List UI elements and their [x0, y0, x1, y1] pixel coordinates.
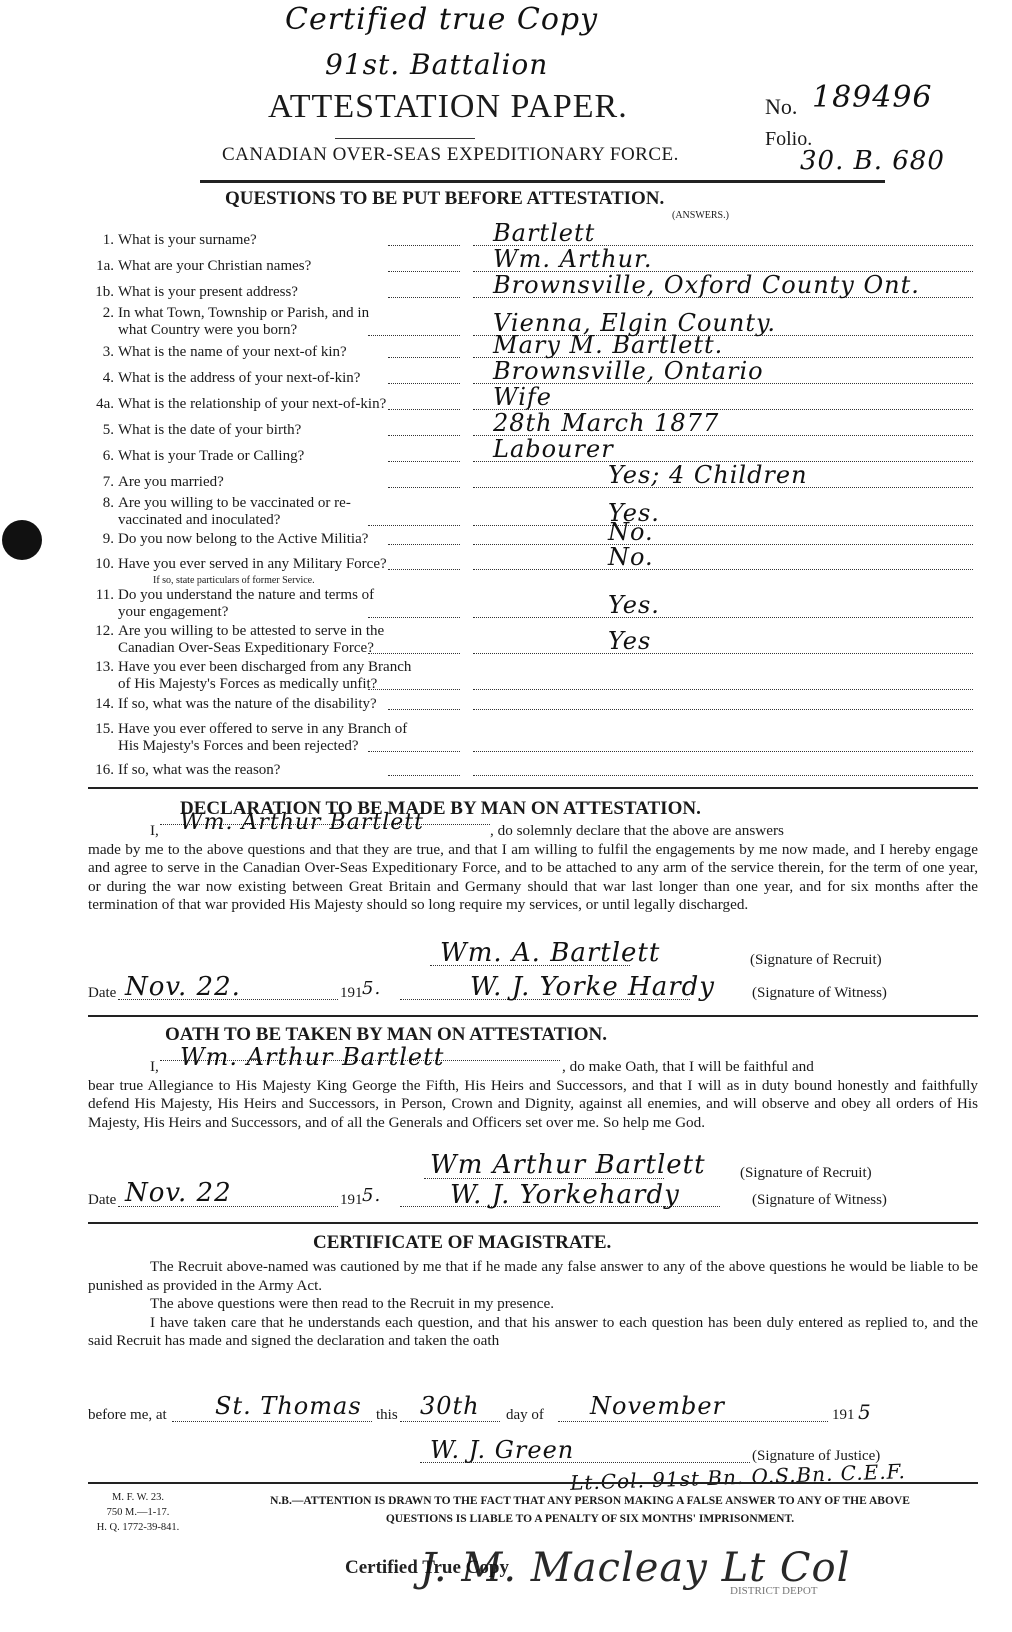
handwritten-certified-note: Certified true Copy — [285, 2, 598, 37]
question-leader-dots — [388, 409, 460, 410]
attestation-month: November — [590, 1392, 725, 1420]
questions-rule — [88, 787, 978, 789]
oath-date-label: Date — [88, 1192, 116, 1209]
question-label: Do you understand the nature and terms o… — [118, 587, 374, 603]
folio-number: 30. B. 680 — [800, 146, 945, 176]
document-subtitle: CANADIAN OVER-SEAS EXPEDITIONARY FORCE. — [222, 144, 679, 166]
question-label: Have you ever offered to serve in any Br… — [118, 721, 407, 737]
question-leader-dots — [368, 653, 460, 654]
question-number: 16. — [88, 762, 114, 779]
magistrate-rule — [88, 1482, 978, 1484]
oath-date: Nov. 22 — [125, 1178, 232, 1208]
question-text: 12.Are you willing to be attested to ser… — [88, 623, 384, 640]
document-title: ATTESTATION PAPER. — [268, 88, 628, 126]
question-text-continued: Canadian Over-Seas Expeditionary Force? — [118, 640, 374, 657]
question-number: 15. — [88, 721, 114, 738]
magistrate-para-2: The above questions were then read to th… — [88, 1295, 978, 1314]
question-text: 13.Have you ever been discharged from an… — [88, 659, 411, 676]
answer-value: Brownsville, Ontario — [493, 357, 764, 385]
answer-value: Wm. Arthur. — [493, 245, 653, 273]
declaration-witness-signature-label: (Signature of Witness) — [752, 985, 887, 1002]
question-number: 11. — [88, 587, 114, 604]
question-label: What is the address of your next-of-kin? — [118, 370, 360, 386]
question-label: What is your present address? — [118, 284, 298, 300]
question-label: Have you ever been discharged from any B… — [118, 659, 411, 675]
answer-value: Yes; 4 Children — [608, 461, 808, 489]
question-text-continued: what Country were you born? — [118, 322, 297, 339]
declaration-name: Wm. Arthur Bartlett — [180, 814, 424, 833]
before-me-label: before me, at — [88, 1407, 167, 1424]
oath-body-start: , do make Oath, that I will be faithful … — [562, 1058, 978, 1077]
question-leader-dots — [388, 435, 460, 436]
declaration-rule — [88, 1015, 978, 1017]
answer-value: Mary M. Bartlett. — [493, 331, 723, 359]
question-number: 3. — [88, 344, 114, 361]
question-label: What are your Christian names? — [118, 258, 311, 274]
question-label: What is your Trade or Calling? — [118, 448, 304, 464]
question-number: 1. — [88, 232, 114, 249]
title-divider — [335, 138, 475, 139]
question-text: 2.In what Town, Township or Parish, and … — [88, 305, 369, 322]
question-text: 11.Do you understand the nature and term… — [88, 587, 374, 604]
oath-witness-signature-label: (Signature of Witness) — [752, 1192, 887, 1209]
notice-line-1: N.B.—ATTENTION IS DRAWN TO THE FACT THAT… — [210, 1492, 970, 1510]
magistrate-year-suffix: 5 — [858, 1400, 872, 1424]
question-leader-dots — [388, 709, 460, 710]
form-codes: M. F. W. 23. 750 M.—1-17. H. Q. 1772-39-… — [88, 1490, 188, 1535]
question-leader-dots — [388, 544, 460, 545]
declaration-witness-signature: W. J. Yorke Hardy — [470, 972, 715, 1002]
question-text: 7.Are you married? — [88, 474, 224, 491]
question-label: Are you willing to be attested to serve … — [118, 623, 384, 639]
question-leader-dots — [368, 335, 460, 336]
justice-annotation: Lt.Col. 91st Bn. O.S.Bn. C.E.F. — [570, 1459, 906, 1495]
oath-rule — [88, 1222, 978, 1224]
question-label: If so, what was the reason? — [118, 762, 280, 778]
answer-value: Brownsville, Oxford County Ont. — [493, 271, 920, 299]
question-label: In what Town, Township or Parish, and in — [118, 305, 369, 321]
declaration-year-suffix: 5. — [362, 978, 381, 999]
form-code-2: 750 M.—1-17. — [88, 1505, 188, 1520]
magistrate-paragraph: The Recruit above-named was cautioned by… — [88, 1258, 978, 1351]
question-label: Are you married? — [118, 474, 224, 490]
magistrate-year-prefix: 191 — [832, 1407, 855, 1424]
this-label: this — [376, 1407, 398, 1424]
question-text: 1.What is your surname? — [88, 232, 257, 249]
question-leader-dots — [388, 357, 460, 358]
question-number: 1b. — [88, 284, 114, 301]
question-number: 5. — [88, 422, 114, 439]
oath-body: bear true Allegiance to His Majesty King… — [88, 1077, 978, 1133]
notice-line-2: QUESTIONS IS LIABLE TO A PENALTY OF SIX … — [210, 1510, 970, 1528]
answer-line — [473, 653, 973, 654]
declaration-date: Nov. 22. — [125, 972, 241, 1002]
question-leader-dots — [388, 297, 460, 298]
question-number: 12. — [88, 623, 114, 640]
oath-year-prefix: 191 — [340, 1192, 363, 1209]
declaration-recruit-signature: Wm. A. Bartlett — [440, 938, 660, 968]
question-text-continued: His Majesty's Forces and been rejected? — [118, 738, 359, 755]
answer-value: 28th March 1877 — [493, 409, 719, 437]
answer-line — [473, 775, 973, 776]
answer-value: Yes. — [608, 591, 660, 619]
day-of-label: day of — [506, 1407, 544, 1424]
question-number: 9. — [88, 531, 114, 548]
regimental-number: 189496 — [812, 80, 933, 115]
question-leader-dots — [388, 569, 460, 570]
question-text: 1a.What are your Christian names? — [88, 258, 311, 275]
question-text: 8.Are you willing to be vaccinated or re… — [88, 495, 351, 512]
question-leader-dots — [388, 271, 460, 272]
oath-recruit-signature: Wm Arthur Bartlett — [430, 1150, 706, 1180]
question-label: If so, what was the nature of the disabi… — [118, 696, 377, 712]
answer-value: No. — [608, 518, 654, 546]
form-code-1: M. F. W. 23. — [88, 1490, 188, 1505]
question-text: 4.What is the address of your next-of-ki… — [88, 370, 360, 387]
magistrate-heading: CERTIFICATE OF MAGISTRATE. — [313, 1232, 611, 1254]
attestation-day: 30th — [420, 1392, 480, 1420]
question-label: What is the date of your birth? — [118, 422, 301, 438]
question-number: 14. — [88, 696, 114, 713]
question-label: What is your surname? — [118, 232, 257, 248]
question-leader-dots — [368, 751, 460, 752]
question-text: 16.If so, what was the reason? — [88, 762, 280, 779]
oath-i-label: I, — [150, 1058, 159, 1077]
question-text: 14.If so, what was the nature of the dis… — [88, 696, 377, 713]
answer-line — [473, 525, 973, 526]
question-text: 6.What is your Trade or Calling? — [88, 448, 304, 465]
declaration-year-prefix: 191 — [340, 985, 363, 1002]
question-number: 1a. — [88, 258, 114, 275]
question-text: 9.Do you now belong to the Active Militi… — [88, 531, 368, 548]
header-rule — [200, 180, 885, 183]
question-text: 15.Have you ever offered to serve in any… — [88, 721, 407, 738]
answer-value: No. — [608, 543, 654, 571]
answer-line — [473, 689, 973, 690]
place-line — [172, 1421, 372, 1422]
day-line — [400, 1421, 500, 1422]
answer-value: Wife — [493, 383, 552, 411]
question-label: What is the relationship of your next-of… — [118, 396, 386, 412]
question-text: 5.What is the date of your birth? — [88, 422, 301, 439]
question-leader-dots — [368, 525, 460, 526]
questions-heading: QUESTIONS TO BE PUT BEFORE ATTESTATION. — [225, 188, 664, 210]
question-number: 4. — [88, 370, 114, 387]
declaration-recruit-signature-label: (Signature of Recruit) — [750, 952, 882, 969]
declaration-date-label: Date — [88, 985, 116, 1002]
question-number: 7. — [88, 474, 114, 491]
question-leader-dots — [388, 461, 460, 462]
number-label: No. — [765, 94, 797, 120]
question-text-continued: your engagement? — [118, 604, 228, 621]
question-label: Have you ever served in any Military For… — [118, 556, 387, 572]
question-leader-dots — [388, 775, 460, 776]
false-answer-notice: N.B.—ATTENTION IS DRAWN TO THE FACT THAT… — [210, 1492, 970, 1528]
justice-signature: W. J. Green — [430, 1436, 574, 1464]
district-depot-stamp: DISTRICT DEPOT — [730, 1585, 818, 1597]
answer-line — [473, 709, 973, 710]
question-text: 3.What is the name of your next-of kin? — [88, 344, 347, 361]
month-line — [558, 1421, 828, 1422]
magistrate-para-3: I have taken care that he understands ea… — [88, 1314, 978, 1351]
answer-value: Labourer — [493, 435, 614, 463]
answer-line — [473, 569, 973, 570]
question-leader-dots — [368, 689, 460, 690]
question-number: 8. — [88, 495, 114, 512]
question-leader-dots — [388, 245, 460, 246]
answer-line — [473, 751, 973, 752]
question-number: 2. — [88, 305, 114, 322]
declaration-body: made by me to the above questions and th… — [88, 841, 978, 915]
oath-name: Wm. Arthur Bartlett — [180, 1048, 444, 1067]
answer-line — [473, 544, 973, 545]
answers-label: (ANSWERS.) — [672, 210, 729, 221]
oath-witness-signature: W. J. Yorkehardy — [450, 1180, 680, 1210]
question-leader-dots — [368, 617, 460, 618]
answer-line — [473, 617, 973, 618]
question-number: 10. — [88, 556, 114, 573]
question-label: Are you willing to be vaccinated or re- — [118, 495, 351, 511]
question-number: 4a. — [88, 396, 114, 413]
question-text: 4a.What is the relationship of your next… — [88, 396, 386, 413]
declaration-paragraph: I, Wm. Arthur Bartlett , do solemnly dec… — [88, 822, 978, 915]
question-text-continued: vaccinated and inoculated? — [118, 512, 280, 529]
answer-value: Bartlett — [493, 219, 595, 247]
question-number: 6. — [88, 448, 114, 465]
oath-year-suffix: 5. — [362, 1185, 381, 1206]
declaration-body-start: , do solemnly declare that the above are… — [490, 822, 978, 841]
question-leader-dots — [388, 487, 460, 488]
punch-hole — [2, 520, 42, 560]
question-text: 10.Have you ever served in any Military … — [88, 556, 387, 573]
oath-recruit-signature-label: (Signature of Recruit) — [740, 1165, 872, 1182]
declaration-i-label: I, — [150, 822, 159, 841]
question-text: 1b.What is your present address? — [88, 284, 298, 301]
oath-paragraph: I, Wm. Arthur Bartlett , do make Oath, t… — [88, 1058, 978, 1132]
question-leader-dots — [388, 383, 460, 384]
handwritten-battalion-note: 91st. Battalion — [325, 48, 548, 81]
question-label: Do you now belong to the Active Militia? — [118, 531, 368, 547]
question-label: What is the name of your next-of kin? — [118, 344, 347, 360]
magistrate-para-1: The Recruit above-named was cautioned by… — [88, 1258, 978, 1295]
form-code-3: H. Q. 1772-39-841. — [88, 1520, 188, 1535]
answer-value: Yes — [608, 627, 651, 655]
attestation-place: St. Thomas — [215, 1392, 362, 1420]
question-text-continued: of His Majesty's Forces as medically unf… — [118, 676, 377, 693]
question-number: 13. — [88, 659, 114, 676]
